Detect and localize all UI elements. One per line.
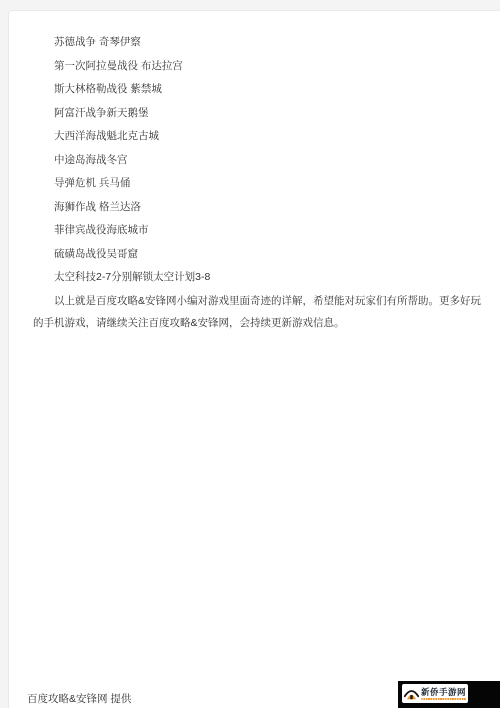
- list-item: 硫磺岛战役吴哥窟: [33, 243, 486, 267]
- house-icon: [404, 687, 419, 701]
- list-item: 太空科技2-7分别解锁太空计划3-8: [33, 266, 486, 290]
- site-tagline-bar: [421, 698, 466, 701]
- site-watermark-plate: 新侨手游网: [402, 684, 468, 703]
- closing-paragraph: 以上就是百度攻略&安锋网小编对游戏里面奇迹的详解，希望能对玩家们有所帮助。更多好…: [33, 290, 486, 334]
- article-content: 苏德战争 奇琴伊察 第一次阿拉曼战役 布达拉宫 斯大林格勒战役 紫禁城 阿富汗战…: [9, 11, 500, 334]
- site-watermark: 新侨手游网: [398, 681, 500, 708]
- list-item: 第一次阿拉曼战役 布达拉宫: [33, 55, 486, 79]
- article-card: 苏德战争 奇琴伊察 第一次阿拉曼战役 布达拉宫 斯大林格勒战役 紫禁城 阿富汗战…: [8, 10, 500, 708]
- list-item: 大西洋海战魁北克古城: [33, 125, 486, 149]
- list-item: 海狮作战 格兰达洛: [33, 196, 486, 220]
- site-name: 新侨手游网: [421, 687, 466, 697]
- list-item: 菲律宾战役海底城市: [33, 219, 486, 243]
- list-item: 中途岛海战冬宫: [33, 149, 486, 173]
- list-item: 导弹危机 兵马俑: [33, 172, 486, 196]
- list-item: 阿富汗战争新天鹅堡: [33, 102, 486, 126]
- list-item: 斯大林格勒战役 紫禁城: [33, 78, 486, 102]
- list-item: 苏德战争 奇琴伊察: [33, 31, 486, 55]
- article-page: { "page": { "background": "#f4f4f5", "ca…: [0, 0, 500, 708]
- footer-provider: 百度攻略&安锋网 提供: [27, 692, 131, 706]
- site-watermark-text: 新侨手游网: [421, 687, 466, 701]
